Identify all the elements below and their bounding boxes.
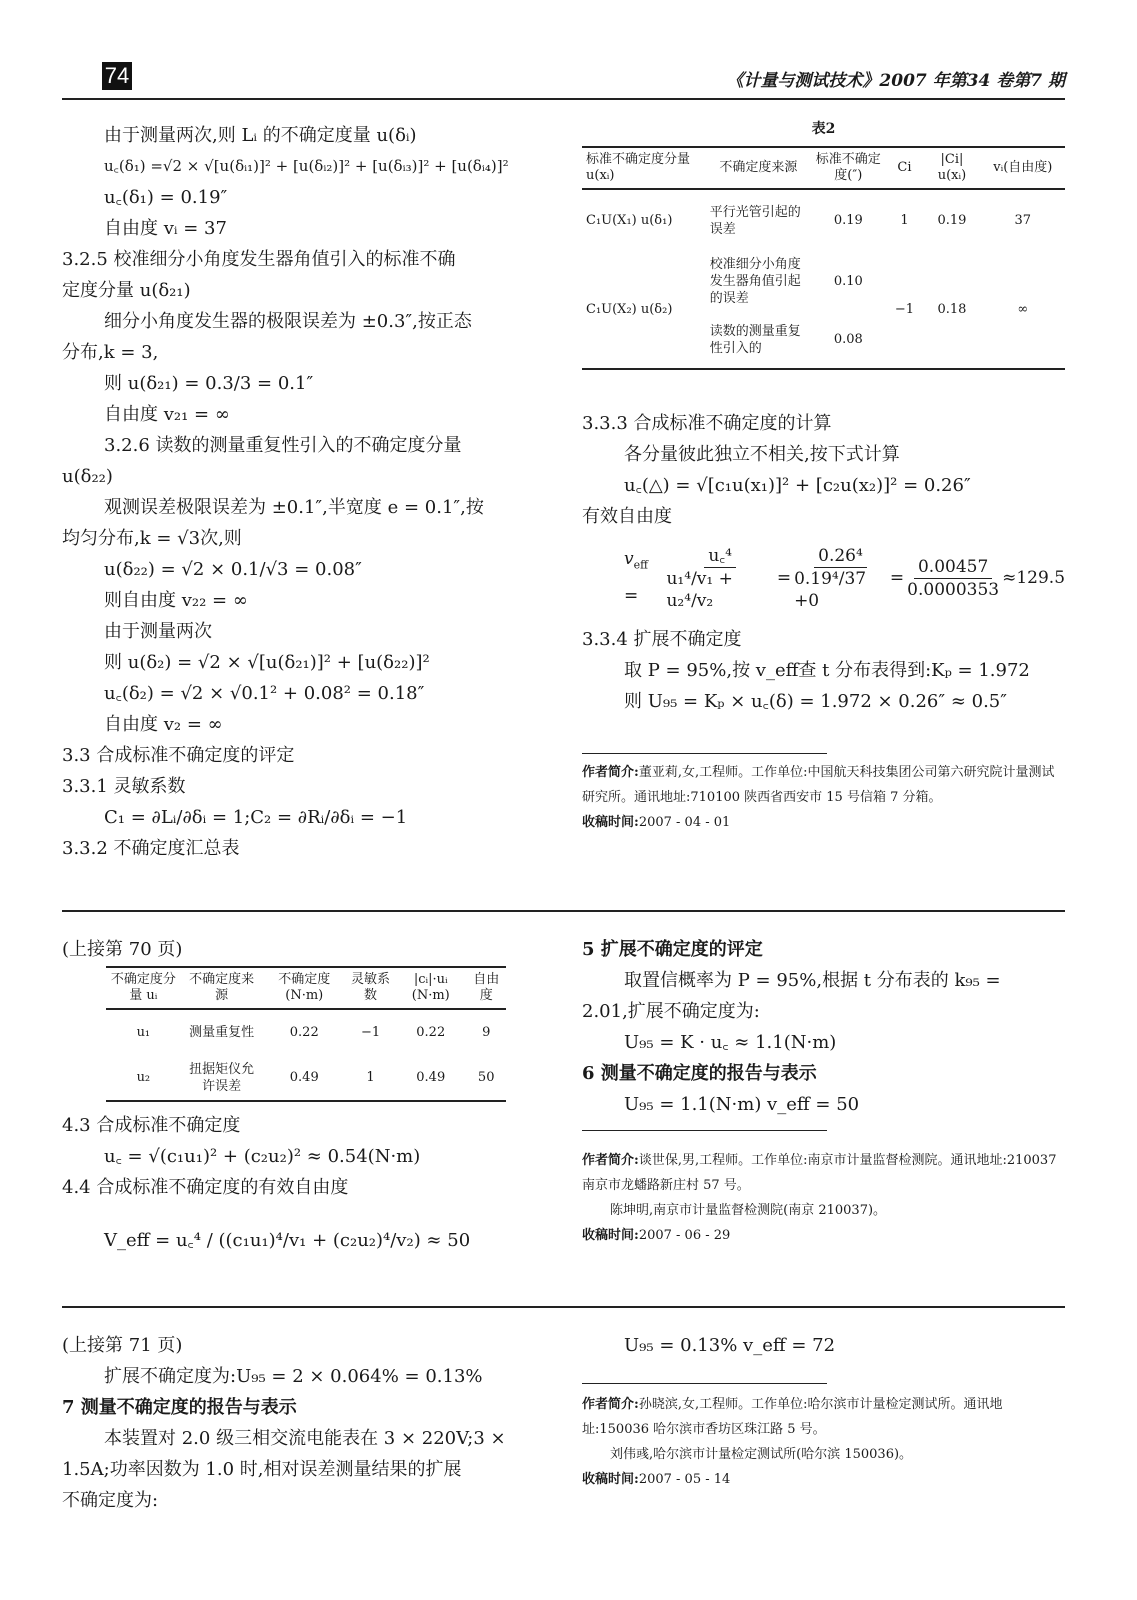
note-label: 作者简介: <box>582 1397 639 1412</box>
footnote-rule <box>582 1130 827 1131</box>
table2-caption: 表2 <box>582 118 1065 138</box>
table-cell: 0.08 <box>811 311 886 369</box>
table-cell: u₁ <box>106 1009 181 1055</box>
section-heading-6: 6 测量不确定度的报告与表示 <box>582 1058 1065 1089</box>
table-header-row: 不确定度分量 uᵢ 不确定度来源 不确定度 (N·m) 灵敏系数 |cᵢ|·uᵢ… <box>106 967 506 1009</box>
formula: u(δ₂₂) = √2 × 0.1/√3 = 0.08″ <box>62 554 552 585</box>
formula-veff-torque: V_eff = u꜀⁴ / ((c₁u₁)⁴/v₁ + (c₂u₂)⁴/v₂) … <box>62 1225 552 1256</box>
table-header: 灵敏系数 <box>346 967 395 1009</box>
section-heading-5: 5 扩展不确定度的评定 <box>582 934 1065 965</box>
bottom-left-column: (上接第 71 页) 扩展不确定度为:U₉₅ = 2 × 0.064% = 0.… <box>62 1330 552 1516</box>
text-line: 取置信概率为 P = 95%,根据 t 分布表的 k₉₅ = <box>582 965 1065 996</box>
top-right-column: 3.3.3 合成标准不确定度的计算 各分量彼此独立不相关,按下式计算 u꜀(△)… <box>582 408 1065 717</box>
table-cell: 0.10 <box>811 251 886 311</box>
torque-table: 不确定度分量 uᵢ 不确定度来源 不确定度 (N·m) 灵敏系数 |cᵢ|·uᵢ… <box>106 966 506 1102</box>
table-cell: 0.22 <box>395 1009 466 1055</box>
coauthor-note: 刘伟彧,哈尔滨市计量检定测试所(哈尔滨 150036)。 <box>582 1442 1065 1467</box>
formula-symbol: v <box>624 549 634 569</box>
text-line: 定度分量 u(δ₂₁) <box>62 275 552 306</box>
note-text: 董亚莉,女,工程师。工作单位:中国航天科技集团公司第六研究院计量测试研究所。通讯… <box>582 765 1054 805</box>
table-cell: C₁U(X₁) u(δ₁) <box>582 189 706 251</box>
section-rule <box>62 910 1065 912</box>
formula: 则 u(δ₂₁) = 0.3/3 = 0.1″ <box>62 368 552 399</box>
note-text: 谈世保,男,工程师。工作单位:南京市计量监督检测院。通讯地址:210037 南京… <box>582 1153 1056 1193</box>
section-heading-3-3: 3.3 合成标准不确定度的评定 <box>62 740 552 771</box>
table-header: 自由度 <box>466 967 506 1009</box>
author-note: 作者简介:董亚莉,女,工程师。工作单位:中国航天科技集团公司第六研究院计量测试研… <box>582 760 1065 835</box>
table-header: 不确定度分量 uᵢ <box>106 967 181 1009</box>
formula: u꜀(δ₂) = √2 × √0.1² + 0.08² = 0.18″ <box>62 678 552 709</box>
text-line: 由于测量两次 <box>62 616 552 647</box>
table-row: u₂ 扭据矩仪允许误差 0.49 1 0.49 50 <box>106 1055 506 1101</box>
formula-uc: u꜀ = √(c₁u₁)² + (c₂u₂)² ≈ 0.54(N·m) <box>62 1141 552 1172</box>
footnote-rule <box>582 753 827 754</box>
table-header: Ci <box>886 147 924 189</box>
section-heading-4-4: 4.4 合成标准不确定度的有效自由度 <box>62 1172 552 1203</box>
section-heading-3-3-3: 3.3.3 合成标准不确定度的计算 <box>582 408 1065 439</box>
table-cell: 37 <box>981 189 1065 251</box>
received-date: 2007 - 05 - 14 <box>639 1472 730 1487</box>
fraction: 0.00457 0.0000353 <box>907 556 999 601</box>
section-heading-4-3: 4.3 合成标准不确定度 <box>62 1110 552 1141</box>
bottom-right-column: U₉₅ = 0.13% v_eff = 72 <box>582 1330 1065 1361</box>
formula-uc-delta1-value: u꜀(δ₁) = 0.19″ <box>62 182 552 213</box>
result-line: U₉₅ = 1.1(N·m) v_eff = 50 <box>582 1089 1065 1120</box>
received-date: 2007 - 06 - 29 <box>639 1228 730 1243</box>
table-header: 不确定度来源 <box>181 967 263 1009</box>
table-row: C₁U(X₁) u(δ₁) 平行光管引起的误差 0.19 1 0.19 37 <box>582 189 1065 251</box>
table-cell: 0.49 <box>395 1055 466 1101</box>
continued-note: (上接第 70 页) <box>62 934 552 965</box>
text-line: 均匀分布,k = √3次,则 <box>62 523 552 554</box>
table-cell: −1 <box>886 251 924 369</box>
table-header: |Ci| u(xᵢ) <box>923 147 980 189</box>
fraction-part: 0.19⁴ <box>794 569 839 589</box>
fraction-numerator: 0.00457 <box>914 556 992 579</box>
table-header: 标准不确定度分量 u(xᵢ) <box>582 147 706 189</box>
table-cell: u₂ <box>106 1055 181 1101</box>
fraction-part: 37 <box>844 569 866 589</box>
text-line: 2.01,扩展不确定度为: <box>582 996 1065 1027</box>
table-cell: 50 <box>466 1055 506 1101</box>
table-header: 不确定度来源 <box>706 147 811 189</box>
note-label: 作者简介: <box>582 765 639 780</box>
fraction-numerator: u꜀⁴ <box>704 545 736 568</box>
formula: 则 u(δ₂) = √2 × √[u(δ₂₁)]² + [u(δ₂₂)]² <box>62 647 552 678</box>
mid-right-column: 5 扩展不确定度的评定 取置信概率为 P = 95%,根据 t 分布表的 k₉₅… <box>582 934 1065 1120</box>
formula-sensitivity: C₁ = ∂Lᵢ/∂δᵢ = 1;C₂ = ∂Rᵢ/∂δᵢ = −1 <box>62 802 552 833</box>
text-line: u(δ₂₂) <box>62 461 552 492</box>
mid-left-text: 4.3 合成标准不确定度 u꜀ = √(c₁u₁)² + (c₂u₂)² ≈ 0… <box>62 1110 552 1256</box>
fraction-part: +0 <box>794 591 819 611</box>
journal-title: 《计量与测试技术》2007 年第34 卷第7 期 <box>726 66 1065 91</box>
fraction: 0.26⁴ 0.19⁴/37 +0 <box>794 545 887 612</box>
footnote-rule <box>582 1383 827 1384</box>
table-cell: 0.18 <box>923 251 980 369</box>
received-label: 收稿时间: <box>582 815 639 830</box>
text-line: 由于测量两次,则 Lᵢ 的不确定度量 u(δᵢ) <box>62 120 552 151</box>
text-line: 分布,k = 3, <box>62 337 552 368</box>
text-line: 取 P = 95%,按 v_eff查 t 分布表得到:Kₚ = 1.972 <box>582 655 1065 686</box>
text-line: 不确定度为: <box>62 1485 552 1516</box>
author-note: 作者简介:孙晓滨,女,工程师。工作单位:哈尔滨市计量检定测试所。通讯地址:150… <box>582 1392 1065 1492</box>
section-rule <box>62 1306 1065 1308</box>
coauthor-note: 陈坤明,南京市计量监督检测院(南京 210037)。 <box>582 1198 1065 1223</box>
table-cell: 0.19 <box>811 189 886 251</box>
text-line: 有效自由度 <box>582 501 1065 532</box>
section-heading-7: 7 测量不确定度的报告与表示 <box>62 1392 552 1423</box>
text-line: 各分量彼此独立不相关,按下式计算 <box>582 439 1065 470</box>
note-label: 作者简介: <box>582 1153 639 1168</box>
text-line: 观测误差极限误差为 ±0.1″,半宽度 e = 0.1″,按 <box>62 492 552 523</box>
mid-left-column: (上接第 70 页) <box>62 934 552 965</box>
page-number: 74 <box>102 62 132 90</box>
text-line: 本装置对 2.0 级三相交流电能表在 3 × 220V;3 × <box>62 1423 552 1454</box>
table-cell: 1 <box>346 1055 395 1101</box>
table-header: |cᵢ|·uᵢ (N·m) <box>395 967 466 1009</box>
table-header: vᵢ(自由度) <box>981 147 1065 189</box>
table-header: 标准不确定度(″) <box>811 147 886 189</box>
table-cell: 0.49 <box>263 1055 346 1101</box>
text-line: 1.5A;功率因数为 1.0 时,相对误差测量结果的扩展 <box>62 1454 552 1485</box>
received-label: 收稿时间: <box>582 1472 639 1487</box>
section-heading-3-3-2: 3.3.2 不确定度汇总表 <box>62 833 552 864</box>
text-line: 则自由度 v₂₂ = ∞ <box>62 585 552 616</box>
table-header: 不确定度 (N·m) <box>263 967 346 1009</box>
received-date: 2007 - 04 - 01 <box>639 815 730 830</box>
table-cell: 1 <box>886 189 924 251</box>
text-line: 自由度 vᵢ = 37 <box>62 213 552 244</box>
result-line: U₉₅ = 0.13% v_eff = 72 <box>582 1330 1065 1361</box>
table-cell: 平行光管引起的误差 <box>706 189 811 251</box>
formula-uc-delta1: u꜀(δ₁) =√2 × √[u(δᵢ₁)]² + [u(δᵢ₂)]² + [u… <box>62 151 552 182</box>
table-cell: 0.19 <box>923 189 980 251</box>
fraction-numerator: 0.26⁴ <box>814 545 867 568</box>
table-cell: 0.22 <box>263 1009 346 1055</box>
section-heading-3-3-1: 3.3.1 灵敏系数 <box>62 771 552 802</box>
table-cell: 校准细分小角度发生器角值引起的误差 <box>706 251 811 311</box>
text-line: 自由度 v₂ = ∞ <box>62 709 552 740</box>
section-heading-3-3-4: 3.3.4 扩展不确定度 <box>582 624 1065 655</box>
formula-u95: 则 U₉₅ = Kₚ × u꜀(δ) = 1.972 × 0.26″ ≈ 0.5… <box>582 686 1065 717</box>
table-cell: −1 <box>346 1009 395 1055</box>
table-cell: 测量重复性 <box>181 1009 263 1055</box>
table-cell: C₁U(X₂) u(δ₂) <box>582 251 706 369</box>
formula-uc-delta: u꜀(△) = √[c₁u(x₁)]² + [c₂u(x₂)]² = 0.26″ <box>582 470 1065 501</box>
fraction: u꜀⁴ u₁⁴/v₁ + u₂⁴/v₂ <box>666 545 773 612</box>
note-text: 孙晓滨,女,工程师。工作单位:哈尔滨市计量检定测试所。通讯地址:150036 哈… <box>582 1397 1002 1437</box>
table-cell: 9 <box>466 1009 506 1055</box>
table-cell: 读数的测量重复性引入的 <box>706 311 811 369</box>
author-note: 作者简介:谈世保,男,工程师。工作单位:南京市计量监督检测院。通讯地址:2100… <box>582 1148 1065 1248</box>
section-heading-3-2-6: 3.2.6 读数的测量重复性引入的不确定度分量 <box>62 430 552 461</box>
formula-result: ≈129.5 <box>1002 563 1065 594</box>
table-cell: ∞ <box>981 251 1065 369</box>
received-label: 收稿时间: <box>582 1228 639 1243</box>
table2: 标准不确定度分量 u(xᵢ) 不确定度来源 标准不确定度(″) Ci |Ci| … <box>582 146 1065 370</box>
top-left-column: 由于测量两次,则 Lᵢ 的不确定度量 u(δᵢ) u꜀(δ₁) =√2 × √[… <box>62 120 552 864</box>
table-header-row: 标准不确定度分量 u(xᵢ) 不确定度来源 标准不确定度(″) Ci |Ci| … <box>582 147 1065 189</box>
formula-u95: U₉₅ = K · u꜀ ≈ 1.1(N·m) <box>582 1027 1065 1058</box>
text-line: 扩展不确定度为:U₉₅ = 2 × 0.064% = 0.13% <box>62 1361 552 1392</box>
fraction-denominator: 0.0000353 <box>907 579 999 601</box>
table-cell: 扭据矩仪允许误差 <box>181 1055 263 1101</box>
section-heading-3-2-5: 3.2.5 校准细分小角度发生器角值引入的标准不确 <box>62 244 552 275</box>
continued-note: (上接第 71 页) <box>62 1330 552 1361</box>
header-rule <box>62 98 1065 100</box>
formula-veff: veff = u꜀⁴ u₁⁴/v₁ + u₂⁴/v₂ = 0.26⁴ 0.19⁴… <box>582 532 1065 624</box>
table-row: u₁ 测量重复性 0.22 −1 0.22 9 <box>106 1009 506 1055</box>
text-line: 细分小角度发生器的极限误差为 ±0.3″,按正态 <box>62 306 552 337</box>
table-row: C₁U(X₂) u(δ₂) 校准细分小角度发生器角值引起的误差 0.10 −1 … <box>582 251 1065 311</box>
text-line: 自由度 v₂₁ = ∞ <box>62 399 552 430</box>
